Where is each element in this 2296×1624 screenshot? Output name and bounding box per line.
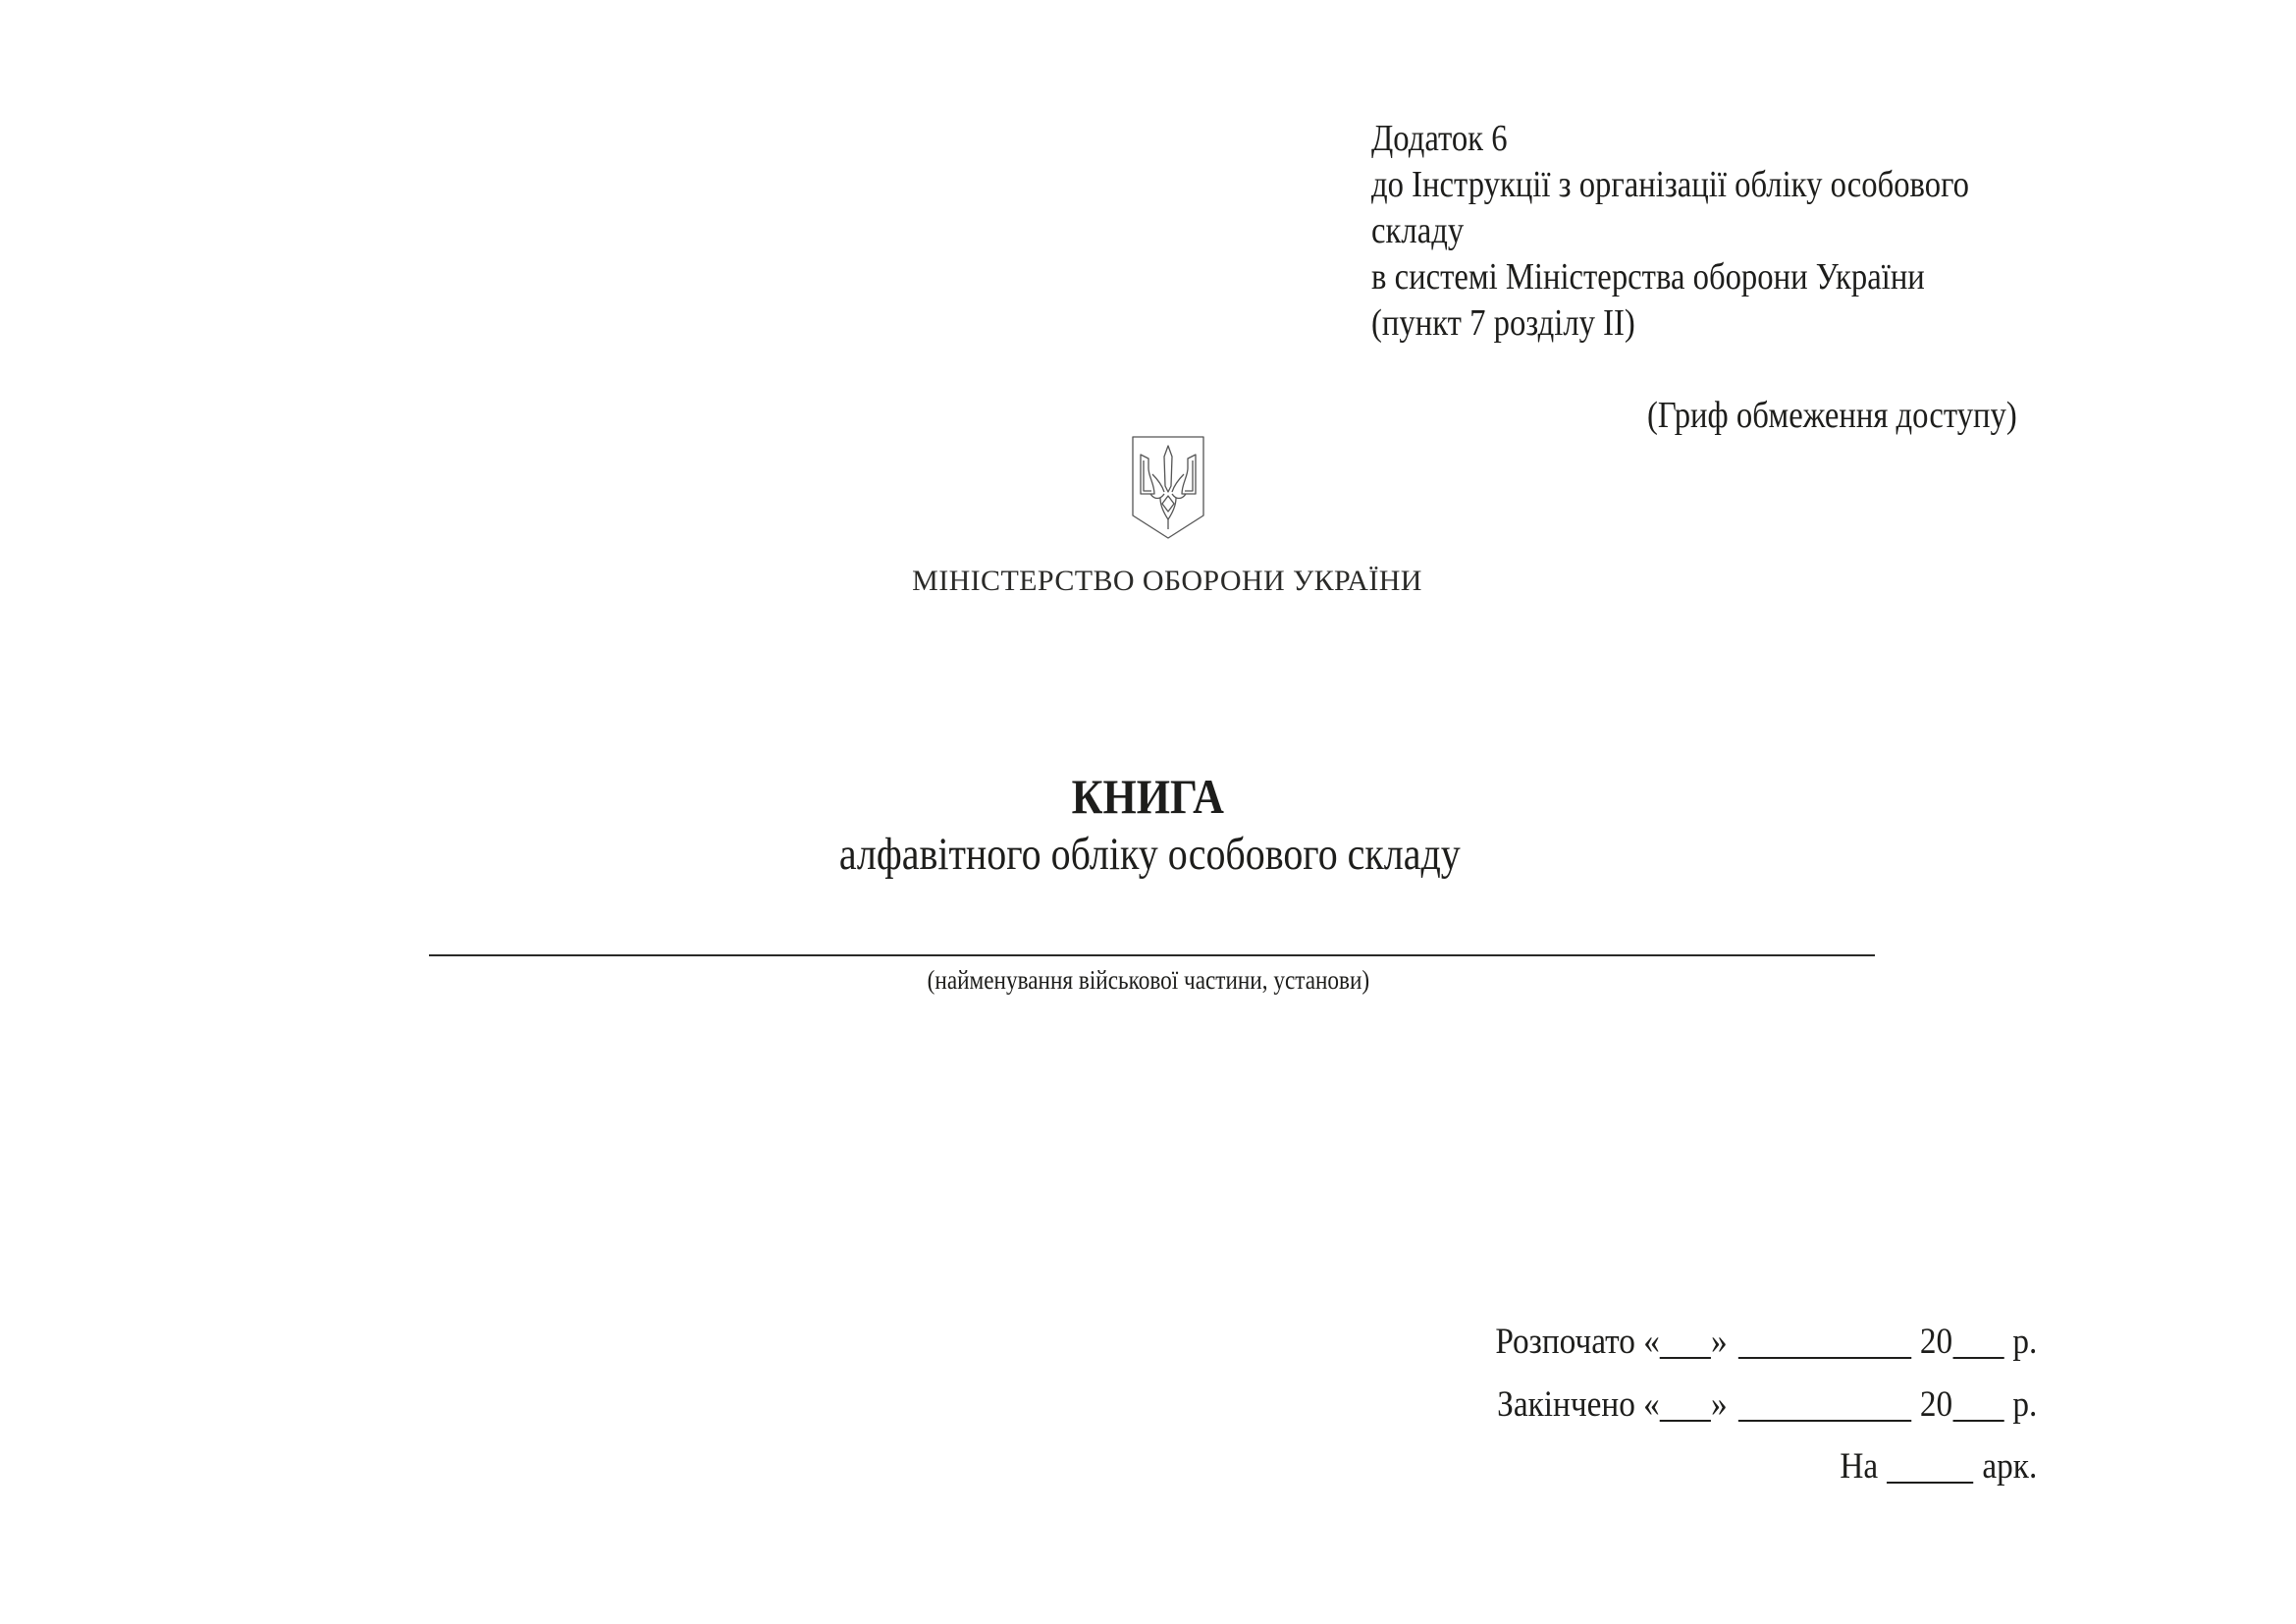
appendix-line: до Інструкції з організації обліку особо… bbox=[1371, 162, 1969, 208]
book-title-text: КНИГА bbox=[1072, 769, 1224, 824]
book-dates-block: Розпочато «»20р. Закінчено «»20р. Наарк. bbox=[1435, 1320, 2037, 1507]
book-subtitle-text: алфавітного обліку особового складу bbox=[839, 827, 1461, 882]
appendix-line: в системі Міністерства оборони України bbox=[1371, 254, 1969, 300]
appendix-line: складу bbox=[1371, 208, 1969, 254]
unit-name-caption: (найменування військової частини, устано… bbox=[0, 963, 2296, 997]
finished-date-row: Закінчено «»20р. bbox=[1435, 1382, 2037, 1445]
appendix-number: Додаток 6 bbox=[1371, 116, 1969, 162]
pages-prefix: На bbox=[1840, 1446, 1878, 1487]
book-title: КНИГА bbox=[0, 769, 2296, 824]
finished-month-field[interactable] bbox=[1737, 1418, 1910, 1422]
close-quote: » bbox=[1711, 1384, 1728, 1425]
coat-of-arms-icon bbox=[1131, 435, 1205, 541]
started-month-field[interactable] bbox=[1737, 1355, 1910, 1359]
started-label: Розпочато bbox=[1495, 1322, 1635, 1362]
finished-year-field[interactable] bbox=[1952, 1418, 2003, 1422]
unit-name-field[interactable] bbox=[429, 954, 1875, 956]
started-day-field[interactable] bbox=[1659, 1355, 1710, 1359]
appendix-line: (пункт 7 розділу II) bbox=[1371, 300, 1969, 347]
pages-count-field[interactable] bbox=[1887, 1480, 1973, 1484]
ministry-name: МІНІСТЕРСТВО ОБОРОНИ УКРАЇНИ bbox=[0, 563, 2296, 600]
started-year-field[interactable] bbox=[1952, 1355, 2003, 1359]
year-suffix: р. bbox=[2012, 1384, 2037, 1425]
access-restriction-stamp: (Гриф обмеження доступу) bbox=[1647, 393, 2090, 439]
year-prefix: 20 bbox=[1920, 1384, 1952, 1425]
close-quote: » bbox=[1711, 1322, 1728, 1362]
unit-name-caption-text: (найменування військової частини, устано… bbox=[927, 963, 1368, 997]
pages-suffix: арк. bbox=[1982, 1446, 2037, 1487]
started-date-row: Розпочато «»20р. bbox=[1435, 1320, 2037, 1382]
finished-day-field[interactable] bbox=[1659, 1418, 1710, 1422]
book-subtitle: алфавітного обліку особового складу bbox=[0, 827, 2296, 882]
open-quote: « bbox=[1643, 1322, 1660, 1362]
finished-label: Закінчено bbox=[1497, 1384, 1635, 1425]
pages-row: Наарк. bbox=[1435, 1444, 2037, 1507]
open-quote: « bbox=[1643, 1384, 1660, 1425]
year-suffix: р. bbox=[2012, 1322, 2037, 1362]
appendix-reference: Додаток 6 до Інструкції з організації об… bbox=[1371, 116, 1969, 347]
year-prefix: 20 bbox=[1920, 1322, 1952, 1362]
